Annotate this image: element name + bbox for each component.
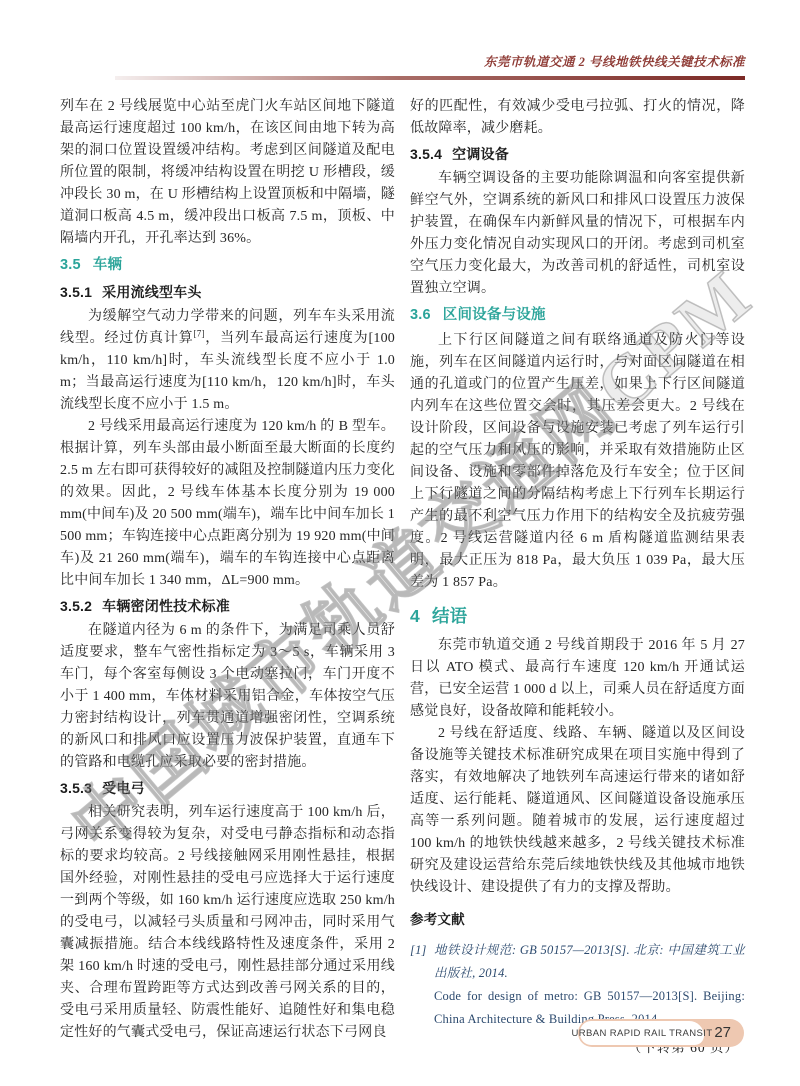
paragraph-hvac: 车辆空调设备的主要功能除调温和向客室提供新鲜空气外，空调系统的新风口和排风口设置… <box>410 168 745 300</box>
section-heading-3-5: 3.5车辆 <box>60 253 395 277</box>
journal-name-pill: URBAN RAPID RAIL TRANSIT <box>580 1021 704 1045</box>
section-title: 区间设备与设施 <box>443 307 546 323</box>
subsection-number: 3.5.3 <box>60 780 92 796</box>
page-number: 27 <box>714 1019 731 1047</box>
journal-page: 东莞市轨道交通 2 号线地铁快线关键技术标准 列车在 2 号线展览中心站至虎门火… <box>0 0 800 1086</box>
reference-body: 地铁设计规范: GB 50157—2013[S]. 北京: 中国建筑工业出版社,… <box>434 939 745 1031</box>
reference-item-1: [1] 地铁设计规范: GB 50157—2013[S]. 北京: 中国建筑工业… <box>410 939 745 1031</box>
subsection-heading-3-5-3: 3.5.3受电弓 <box>60 776 395 800</box>
paragraph-airtightness: 在隧道内径为 6 m 的条件下，为满足司乘人员舒适度要求，整车气密性指标定为 3… <box>60 620 395 774</box>
running-title: 东莞市轨道交通 2 号线地铁快线关键技术标准 <box>484 52 745 70</box>
citation-superscript: [7] <box>194 328 205 338</box>
subsection-title: 采用流线型车头 <box>102 284 201 300</box>
paragraph-buffer-structure: 列车在 2 号线展览中心站至虎门火车站区间地下隧道最高运行速度超过 100 km… <box>60 96 395 250</box>
paragraph-pantograph-continued: 好的匹配性，有效减少受电弓拉弧、打火的情况，降低故障率，减少磨耗。 <box>410 96 745 140</box>
reference-chinese: 地铁设计规范: GB 50157—2013[S]. 北京: 中国建筑工业出版社,… <box>434 939 745 985</box>
section-title: 结语 <box>432 606 467 626</box>
section-number: 3.6 <box>410 307 431 323</box>
subsection-number: 3.5.4 <box>410 146 442 162</box>
paragraph-pantograph: 相关研究表明，列车运行速度高于 100 km/h 后，弓网关系变得较为复杂，对受… <box>60 802 395 1044</box>
paragraph-conclusion-1: 东莞市轨道交通 2 号线首期段于 2016 年 5 月 27 日以 ATO 模式… <box>410 635 745 723</box>
section-heading-3-6: 3.6区间设备与设施 <box>410 303 745 327</box>
section-number: 3.5 <box>60 257 81 273</box>
reference-label: [1] <box>410 939 434 1031</box>
paragraph-interval-equipment: 上下行区间隧道之间有联络通道及防火门等设施，列车在区间隧道内运行时，与对面区间隧… <box>410 330 745 594</box>
references-heading: 参考文献 <box>410 909 745 931</box>
subsection-title: 空调设备 <box>452 146 509 162</box>
subsection-title: 受电弓 <box>102 780 145 796</box>
subsection-heading-3-5-1: 3.5.1采用流线型车头 <box>60 280 395 304</box>
right-column: 好的匹配性，有效减少受电弓拉弧、打火的情况，降低故障率，减少磨耗。 3.5.4空… <box>410 96 745 1059</box>
subsection-number: 3.5.2 <box>60 598 92 614</box>
paragraph-b-type-car: 2 号线采用最高运行速度为 120 km/h 的 B 型车。根据计算，列车头部由… <box>60 416 395 592</box>
paragraph-conclusion-2: 2 号线在舒适度、线路、车辆、隧道以及区间设备设施等关键技术标准研究成果在项目实… <box>410 723 745 899</box>
subsection-heading-3-5-4: 3.5.4空调设备 <box>410 142 745 166</box>
footer-badge: URBAN RAPID RAIL TRANSIT 27 <box>578 1019 744 1047</box>
paragraph-streamlined-head: 为缓解空气动力学带来的问题，列车车头采用流线型。经过仿真计算[7]，当列车最高运… <box>60 306 395 416</box>
journal-name-english: URBAN RAPID RAIL TRANSIT <box>571 1028 712 1039</box>
section-number: 4 <box>410 606 420 626</box>
section-heading-4-conclusion: 4结语 <box>410 603 745 629</box>
left-column: 列车在 2 号线展览中心站至虎门火车站区间地下隧道最高运行速度超过 100 km… <box>60 96 395 1059</box>
header-rule <box>115 76 745 80</box>
section-title: 车辆 <box>93 257 122 273</box>
subsection-number: 3.5.1 <box>60 284 92 300</box>
subsection-title: 车辆密闭性技术标准 <box>102 598 230 614</box>
two-column-body: 列车在 2 号线展览中心站至虎门火车站区间地下隧道最高运行速度超过 100 km… <box>60 96 745 1059</box>
subsection-heading-3-5-2: 3.5.2车辆密闭性技术标准 <box>60 594 395 618</box>
